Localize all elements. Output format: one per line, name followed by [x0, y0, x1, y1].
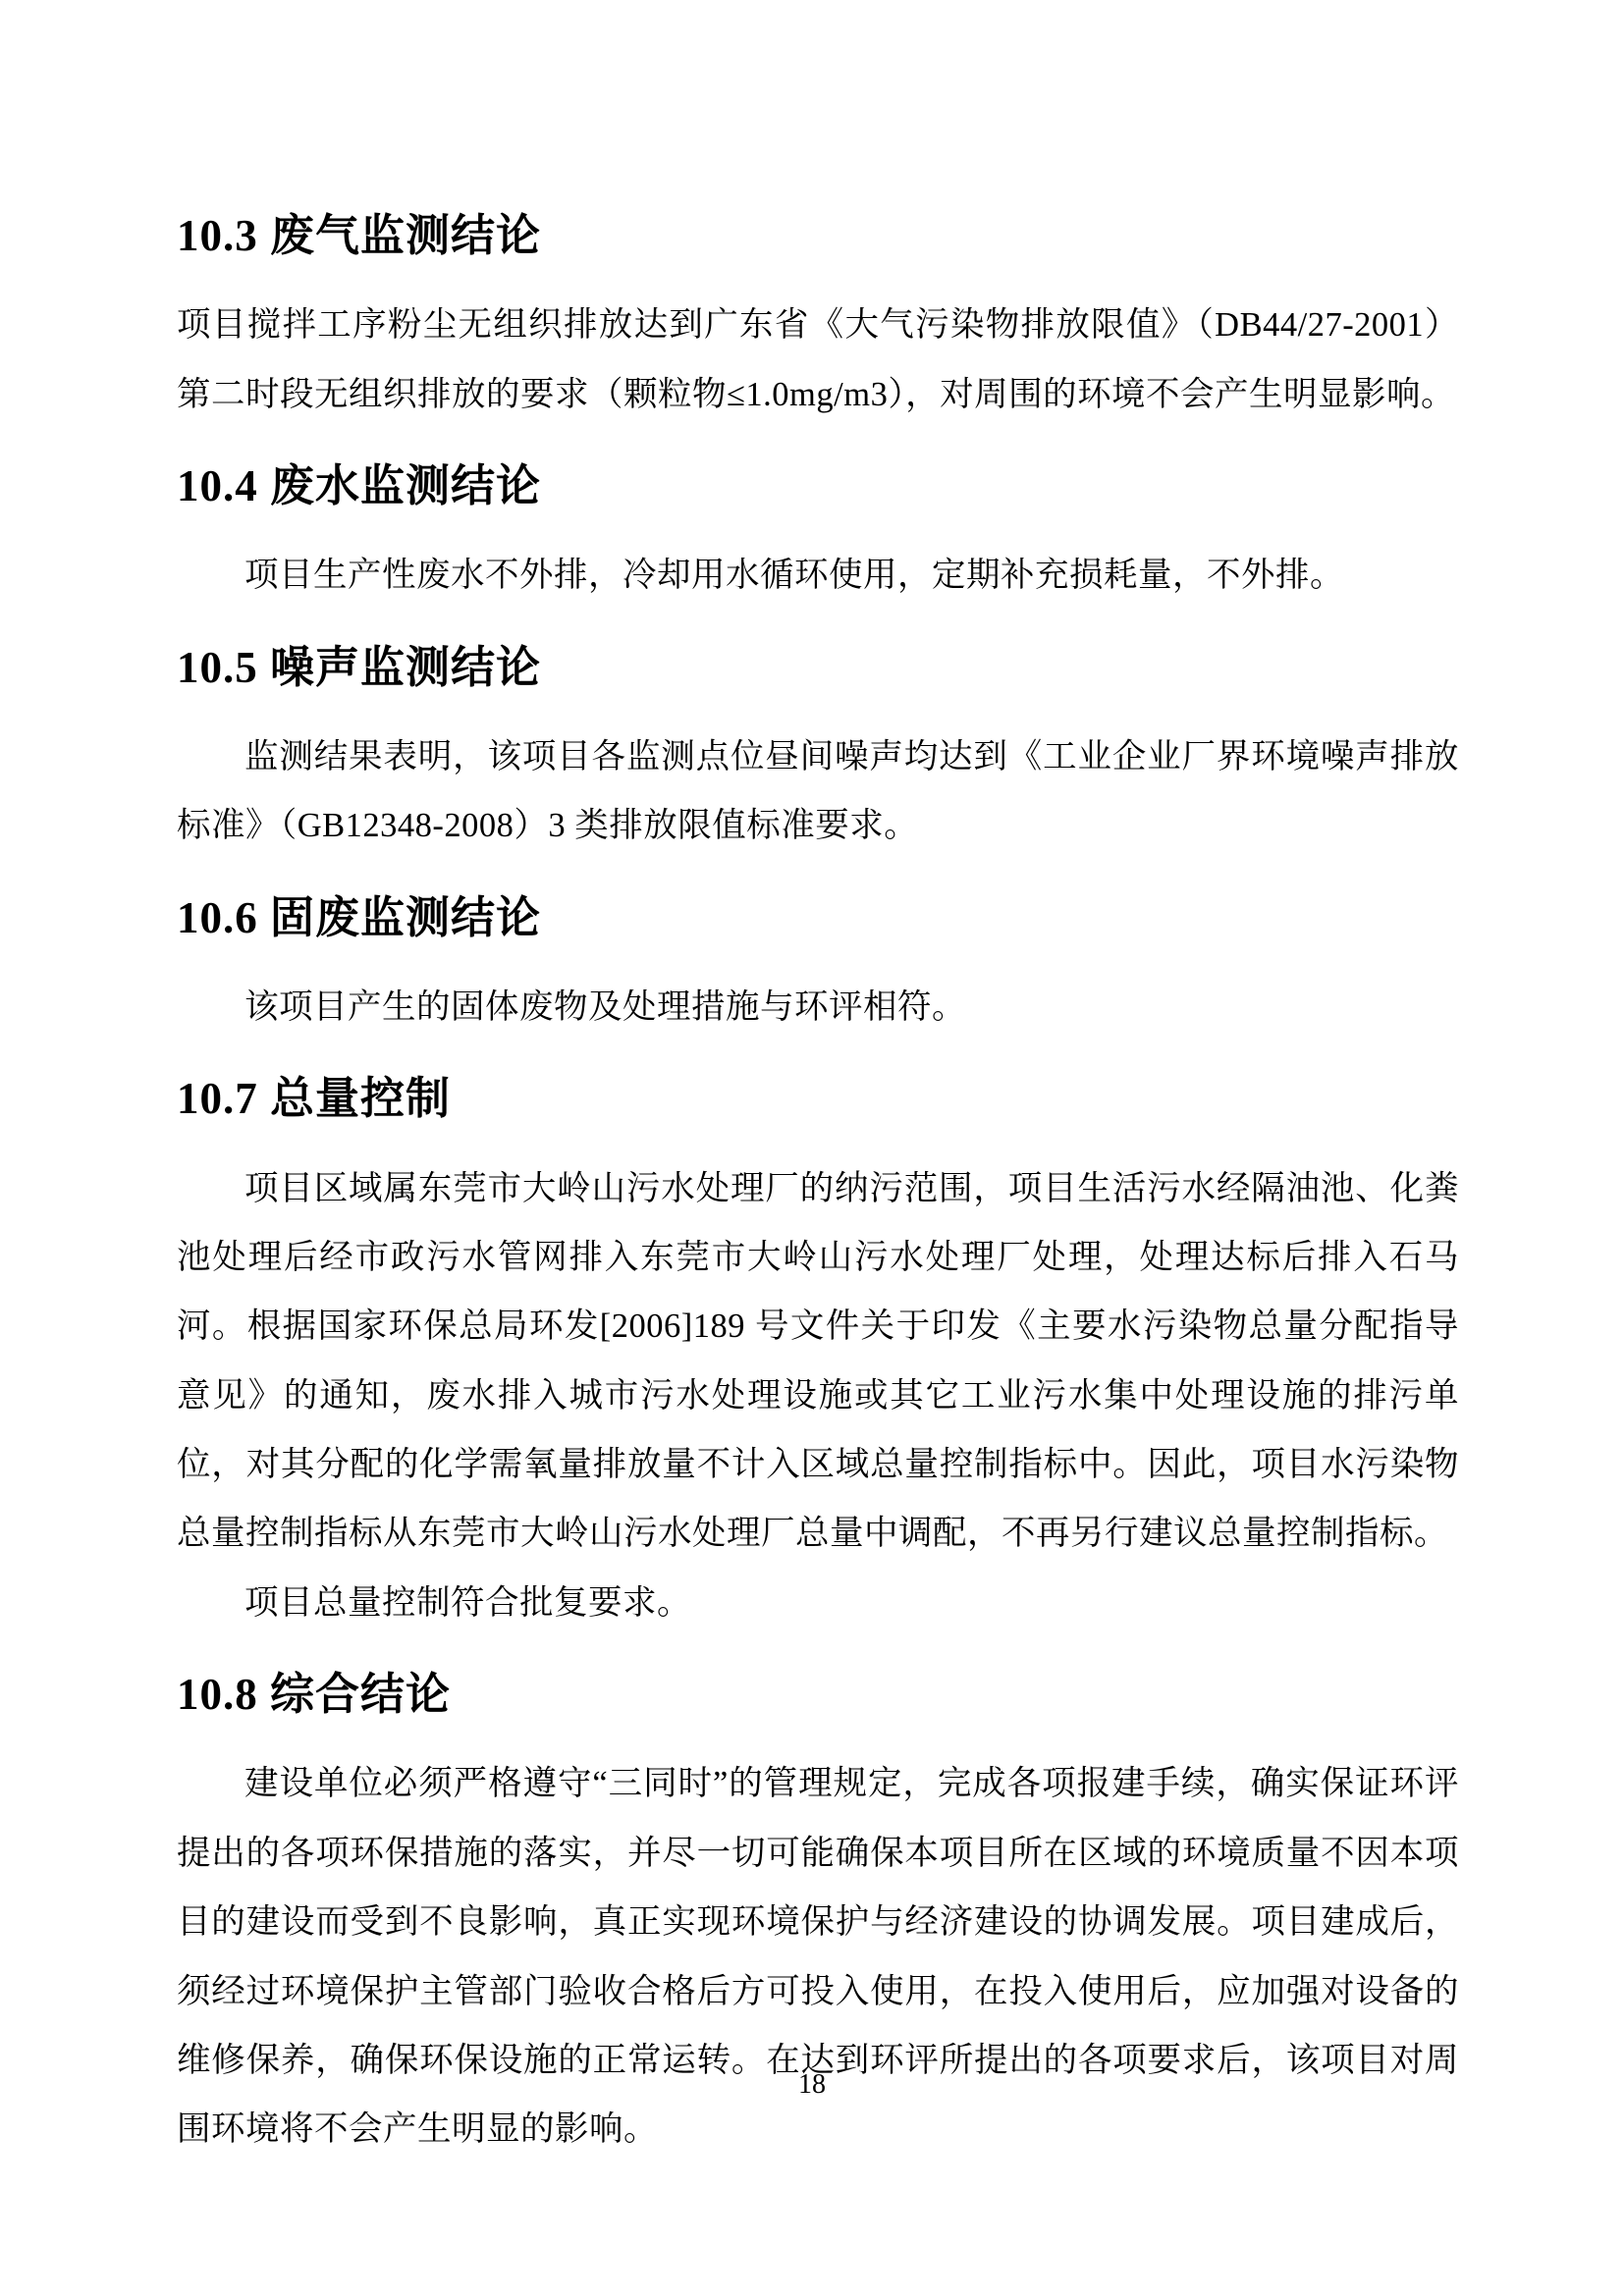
section-paragraph: 监测结果表明，该项目各监测点位昼间噪声均达到《工业企业厂界环境噪声排放标准》（G…: [177, 722, 1459, 861]
section-paragraph: 项目生产性废水不外排，冷却用水循环使用，定期补充损耗量，不外排。: [177, 541, 1459, 610]
section-paragraph: 建设单位必须严格遵守“三同时”的管理规定，完成各项报建手续，确实保证环评提出的各…: [177, 1749, 1459, 2163]
section-heading-10-3: 10.3 废气监测结论: [177, 208, 1459, 263]
section-heading-10-5: 10.5 噪声监测结论: [177, 640, 1459, 695]
section-wastewater-conclusion: 10.4 废水监测结论 项目生产性废水不外排，冷却用水循环使用，定期补充损耗量，…: [177, 458, 1459, 611]
document-page: 10.3 废气监测结论 项目搅拌工序粉尘无组织排放达到广东省《大气污染物排放限值…: [0, 0, 1624, 2296]
section-heading-10-4: 10.4 废水监测结论: [177, 458, 1459, 513]
section-paragraph: 项目总量控制符合批复要求。: [177, 1569, 1459, 1637]
section-total-quantity-control: 10.7 总量控制 项目区域属东莞市大岭山污水处理厂的纳污范围，项目生活污水经隔…: [177, 1071, 1459, 1637]
section-noise-conclusion: 10.5 噪声监测结论 监测结果表明，该项目各监测点位昼间噪声均达到《工业企业厂…: [177, 640, 1459, 861]
section-paragraph: 项目搅拌工序粉尘无组织排放达到广东省《大气污染物排放限值》（DB44/27-20…: [177, 291, 1459, 429]
page-number: 18: [0, 2069, 1624, 2101]
section-paragraph: 项目区域属东莞市大岭山污水处理厂的纳污范围，项目生活污水经隔油池、化粪池处理后经…: [177, 1154, 1459, 1569]
section-waste-gas-conclusion: 10.3 废气监测结论 项目搅拌工序粉尘无组织排放达到广东省《大气污染物排放限值…: [177, 208, 1459, 429]
document-content: 10.3 废气监测结论 项目搅拌工序粉尘无组织排放达到广东省《大气污染物排放限值…: [177, 208, 1459, 2164]
section-heading-10-8: 10.8 综合结论: [177, 1667, 1459, 1722]
section-heading-10-7: 10.7 总量控制: [177, 1071, 1459, 1126]
section-paragraph: 该项目产生的固体废物及处理措施与环评相符。: [177, 973, 1459, 1041]
section-solid-waste-conclusion: 10.6 固废监测结论 该项目产生的固体废物及处理措施与环评相符。: [177, 890, 1459, 1042]
section-heading-10-6: 10.6 固废监测结论: [177, 890, 1459, 945]
